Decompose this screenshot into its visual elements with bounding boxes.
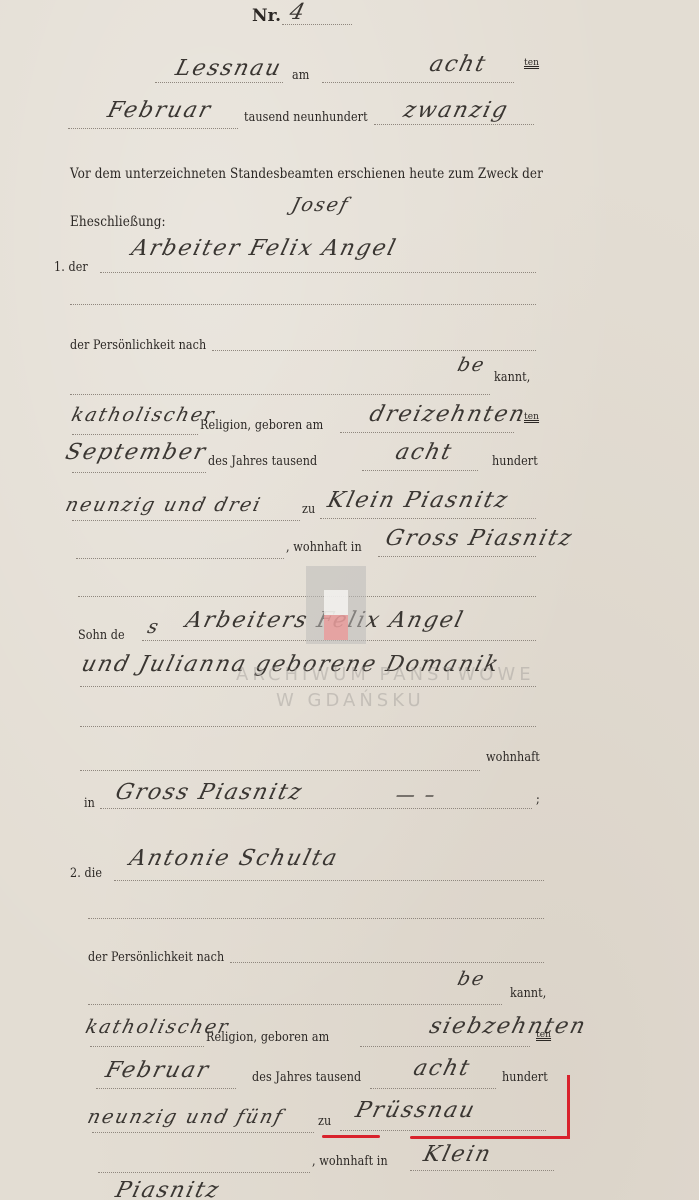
dotted-line: [340, 1130, 546, 1131]
place-handwritten: Lessnau: [173, 56, 285, 81]
dotted-line: [378, 556, 536, 557]
dotted-line: [410, 1170, 554, 1171]
day-handwritten: acht: [427, 52, 490, 77]
groom-birth-month-handwritten: September: [63, 440, 210, 465]
dotted-line: [68, 128, 238, 129]
dotted-line: [114, 880, 544, 881]
dotted-line: [76, 558, 284, 559]
dotted-line: [212, 350, 536, 351]
dotted-line: [96, 1088, 236, 1089]
label-year: tausend neunhundert: [244, 110, 368, 125]
intro-line-1: Vor dem unterzeichneten Standesbeamten e…: [70, 166, 543, 182]
bride-residence-continued: Piasnitz: [113, 1178, 223, 1200]
groom-label-son-of: Sohn de: [78, 628, 125, 643]
dotted-line: [72, 434, 198, 435]
year-handwritten: zwanzig: [401, 98, 512, 123]
bride-label-religion: Religion, geboren am: [206, 1030, 329, 1045]
archive-logo-red-block: [324, 615, 348, 640]
dotted-line: [374, 124, 534, 125]
groom-birth-day-handwritten: dreizehnten: [367, 402, 529, 427]
groom-suffix-ten: ten: [524, 412, 539, 422]
dotted-line: [282, 24, 352, 25]
dotted-line: [322, 82, 514, 83]
bride-name-handwritten: Antonie Schulta: [127, 846, 341, 871]
groom-son-of-suffix: s: [145, 616, 162, 638]
dotted-line: [230, 962, 544, 963]
dotted-line: [100, 272, 536, 273]
dotted-line: [80, 726, 536, 727]
bride-label-number: 2. die: [70, 866, 102, 881]
intro-line-2: Eheschließung:: [70, 214, 166, 230]
red-vertical-mark: [567, 1075, 570, 1139]
bride-residence-handwritten: Klein: [421, 1142, 495, 1167]
dotted-line: [340, 432, 514, 433]
groom-birth-century-handwritten: acht: [393, 440, 456, 465]
bride-identity-handwritten: be: [455, 968, 488, 990]
dotted-line: [155, 82, 283, 83]
groom-label-zu: zu: [302, 502, 315, 517]
bride-label-hundert: hundert: [502, 1070, 548, 1085]
groom-occupation-name: Arbeiter Felix Angel: [129, 236, 400, 261]
groom-label-number: 1. der: [54, 260, 88, 275]
bride-birth-century-handwritten: acht: [411, 1056, 474, 1081]
dotted-line: [98, 1172, 310, 1173]
dotted-line: [80, 686, 536, 687]
bride-birth-month-handwritten: Februar: [103, 1058, 213, 1083]
dotted-line: [88, 1004, 502, 1005]
red-underline-right: [410, 1136, 570, 1139]
dotted-line: [92, 1132, 314, 1133]
bride-label-year: des Jahres tausend: [252, 1070, 361, 1085]
groom-label-wohnhaft: wohnhaft: [486, 750, 540, 765]
red-underline-left: [322, 1135, 380, 1138]
dotted-line: [362, 470, 478, 471]
dotted-line: [70, 304, 536, 305]
bride-label-kannt: kannt,: [510, 986, 546, 1001]
groom-label-residence: , wohnhaft in: [286, 540, 362, 555]
groom-label-year: des Jahres tausend: [208, 454, 317, 469]
register-page: Nr. 4 Lessnau am acht ten Februar tausen…: [0, 0, 699, 1200]
dotted-line: [90, 1046, 204, 1047]
groom-label-identity: der Persönlichkeit nach: [70, 338, 206, 353]
dotted-line: [72, 520, 300, 521]
dotted-line: [72, 472, 206, 473]
bride-label-residence: , wohnhaft in: [312, 1154, 388, 1169]
archive-logo-white-block: [324, 590, 348, 615]
bride-birth-day-handwritten: siebzehnten: [427, 1014, 590, 1039]
dotted-line: [70, 394, 490, 395]
groom-birth-year-handwritten: neunzig und drei: [63, 494, 264, 516]
groom-residence-handwritten: Gross Piasnitz: [383, 526, 576, 551]
suffix-ten: ten: [524, 58, 539, 68]
groom-label-in: in: [84, 796, 95, 811]
dotted-line: [100, 808, 532, 809]
dotted-line: [320, 518, 536, 519]
bride-birth-year-handwritten: neunzig und fünf: [85, 1106, 286, 1128]
dotted-line: [88, 918, 544, 919]
bride-label-zu: zu: [318, 1114, 331, 1129]
entry-number: 4: [287, 0, 309, 25]
dotted-line: [80, 770, 480, 771]
groom-birthplace-handwritten: Klein Piasnitz: [325, 488, 512, 513]
label-am: am: [292, 68, 309, 83]
groom-dash-mark: — –: [393, 784, 439, 806]
month-handwritten: Februar: [105, 98, 215, 123]
groom-label-religion: Religion, geboren am: [200, 418, 323, 433]
bride-label-identity: der Persönlichkeit nach: [88, 950, 224, 965]
groom-label-kannt: kannt,: [494, 370, 530, 385]
watermark-line-1: ARCHIWUM PAŃSTWOWE: [236, 664, 535, 685]
groom-inserted-first-name: Josef: [289, 194, 352, 216]
groom-label-hundert: hundert: [492, 454, 538, 469]
groom-semicolon: ;: [536, 792, 540, 807]
groom-parents-residence-handwritten: Gross Piasnitz: [113, 780, 306, 805]
dotted-line: [370, 1088, 496, 1089]
groom-identity-handwritten: be: [455, 354, 488, 376]
bride-suffix-ten: ten: [536, 1030, 551, 1040]
dotted-line: [360, 1046, 530, 1047]
entry-number-label: Nr.: [252, 6, 281, 26]
watermark-line-2: W GDAŃSKU: [276, 690, 425, 711]
groom-religion-handwritten: katholischer: [69, 404, 218, 426]
bride-birthplace-handwritten: Prüssnau: [353, 1098, 479, 1123]
